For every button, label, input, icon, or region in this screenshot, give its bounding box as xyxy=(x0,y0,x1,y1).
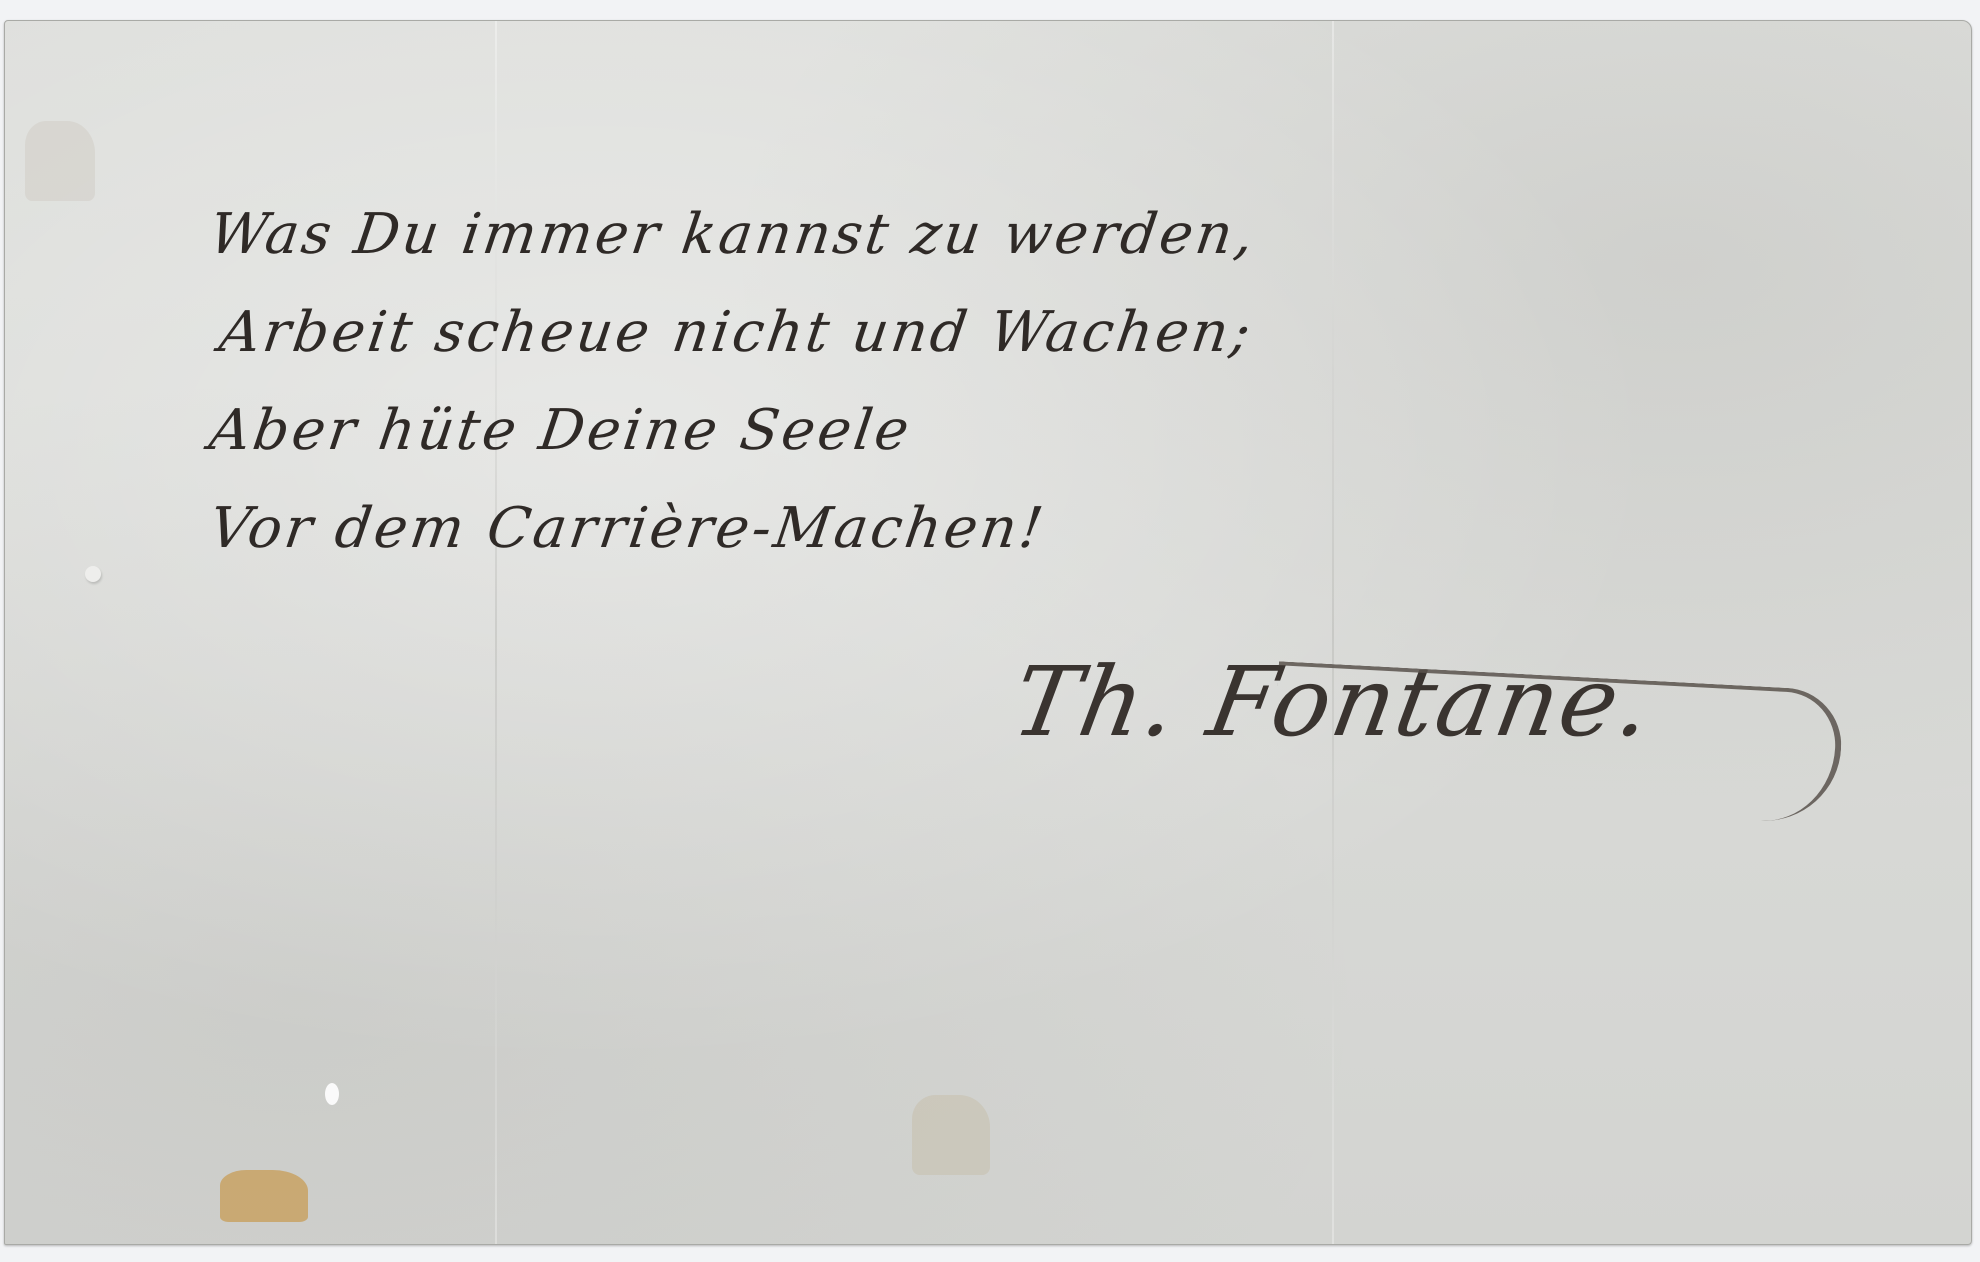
verse-line: Arbeit scheue nicht und Wachen; xyxy=(203,284,1263,382)
verse-line: Vor dem Carrière-Machen! xyxy=(203,480,1263,578)
light-glare xyxy=(325,1083,339,1105)
signature-flourish xyxy=(1272,661,1844,824)
paper-bump xyxy=(85,566,101,582)
paper-fold-line xyxy=(1332,21,1334,1244)
autograph-card: Was Du immer kannst zu werden, Arbeit sc… xyxy=(4,20,1972,1245)
paper-stain-gray xyxy=(912,1095,990,1175)
verse-line: Was Du immer kannst zu werden, xyxy=(203,186,1263,284)
handwritten-verse: Was Du immer kannst zu werden, Arbeit sc… xyxy=(210,186,1256,578)
paper-stain xyxy=(25,121,95,201)
verse-line: Aber hüte Deine Seele xyxy=(203,382,1263,480)
paper-stain-amber xyxy=(220,1170,308,1222)
